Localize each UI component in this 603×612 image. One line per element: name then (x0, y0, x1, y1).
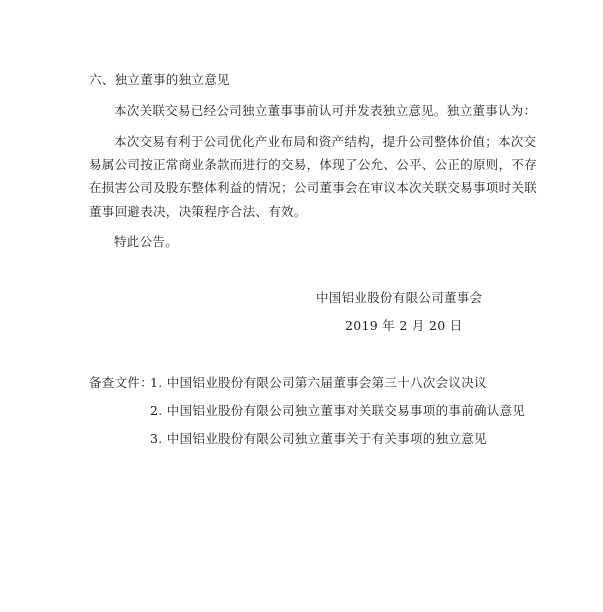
paragraph-opinion-line-2: 易属公司按正常商业条款而进行的交易，体现了公允、公平、公正的原则，不存 (89, 157, 537, 173)
section-heading: 六、独立董事的独立意见 (89, 72, 230, 88)
paragraph-independent-opinion-intro: 本次关联交易已经公司独立董事事前认可并发表独立意见。独立董事认为： (114, 103, 536, 119)
paragraph-opinion-line-3: 在损害公司及股东整体利益的情况；公司董事会在审议本次关联交易事项时关联 (89, 180, 537, 196)
attachment-item: 2. 中国铝业股份有限公司独立董事对关联交易事项的事前确认意见 (150, 403, 525, 419)
attachment-item: 3. 中国铝业股份有限公司独立董事关于有关事项的独立意见 (150, 431, 487, 447)
paragraph-opinion-line-4: 董事回避表决，决策程序合法、有效。 (89, 204, 307, 220)
document-page: 六、独立董事的独立意见 本次关联交易已经公司独立董事事前认可并发表独立意见。独立… (0, 0, 603, 612)
attachments-label: 备查文件： (89, 375, 153, 391)
announcement-closing: 特此公告。 (114, 234, 178, 250)
paragraph-opinion-line-1: 本次交易有利于公司优化产业布局和资产结构，提升公司整体价值；本次交 (114, 134, 536, 150)
signature-date: 2019 年 2 月 20 日 (345, 318, 463, 334)
signature-organization: 中国铝业股份有限公司董事会 (316, 290, 482, 306)
attachment-item: 1. 中国铝业股份有限公司第六届董事会第三十八次会议决议 (150, 375, 487, 391)
